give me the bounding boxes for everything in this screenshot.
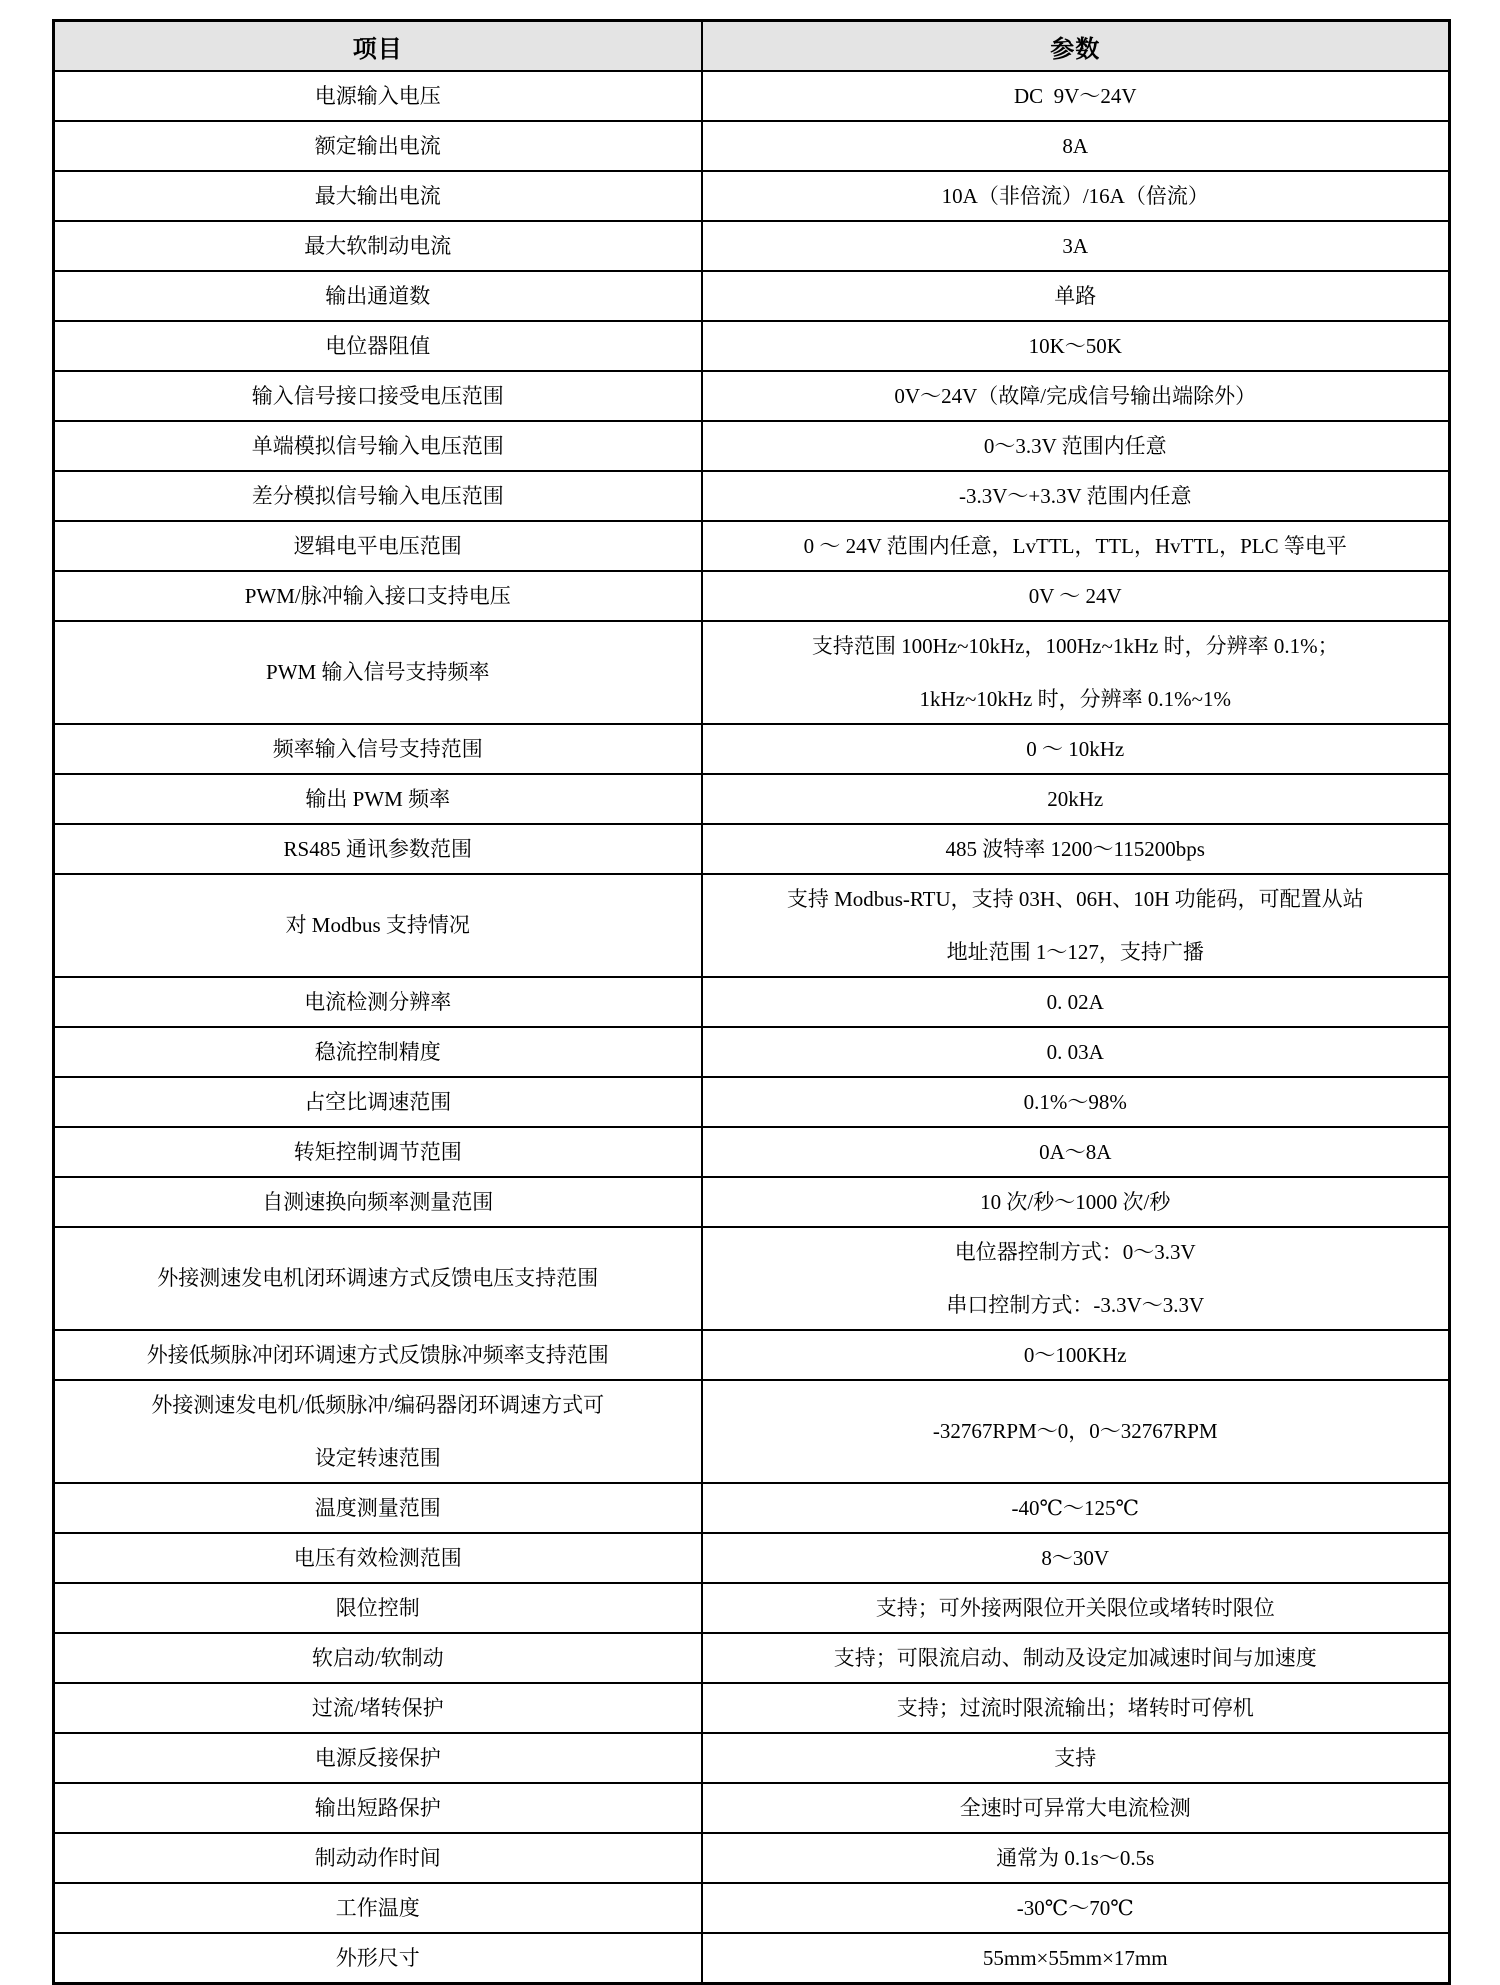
- param-text: -40℃～125℃: [711, 1495, 1441, 1521]
- table-row: 工作温度 -30℃～70℃: [54, 1883, 1450, 1933]
- table-row: 电流检测分辨率 0. 02A: [54, 977, 1450, 1027]
- item-text: 外接测速发电机闭环调速方式反馈电压支持范围: [63, 1265, 693, 1291]
- table-row: 差分模拟信号输入电压范围 -3.3V～+3.3V 范围内任意: [54, 471, 1450, 521]
- param-text: 支持 Modbus-RTU，支持 03H、06H、10H 功能码，可配置从站: [711, 886, 1441, 912]
- item-cell: 过流/堵转保护: [54, 1683, 702, 1733]
- table-row: PWM/脉冲输入接口支持电压 0V ～ 24V: [54, 571, 1450, 621]
- param-cell: 0～3.3V 范围内任意: [702, 421, 1450, 471]
- param-text: -3.3V～+3.3V 范围内任意: [711, 483, 1441, 509]
- item-text: 制动动作时间: [63, 1845, 693, 1871]
- param-text: 支持: [711, 1745, 1441, 1771]
- item-cell: 最大输出电流: [54, 171, 702, 221]
- item-cell: 软启动/软制动: [54, 1633, 702, 1683]
- table-row: 电压有效检测范围 8～30V: [54, 1533, 1450, 1583]
- table-row: 单端模拟信号输入电压范围 0～3.3V 范围内任意: [54, 421, 1450, 471]
- item-cell: 电源输入电压: [54, 71, 702, 121]
- item-cell: 外接测速发电机/低频脉冲/编码器闭环调速方式可设定转速范围: [54, 1380, 702, 1483]
- item-cell: 限位控制: [54, 1583, 702, 1633]
- item-text: 最大软制动电流: [63, 233, 693, 259]
- spec-table-body: 电源输入电压 DC 9V～24V 额定输出电流 8A 最大输出电流 10A（非倍…: [54, 71, 1450, 1984]
- table-row: 制动动作时间 通常为 0.1s～0.5s: [54, 1833, 1450, 1883]
- table-row: 外接测速发电机/低频脉冲/编码器闭环调速方式可设定转速范围 -32767RPM～…: [54, 1380, 1450, 1483]
- param-text: 支持；过流时限流输出；堵转时可停机: [711, 1695, 1441, 1721]
- param-text: DC 9V～24V: [711, 83, 1441, 109]
- item-cell: 额定输出电流: [54, 121, 702, 171]
- item-text: 输入信号接口接受电压范围: [63, 383, 693, 409]
- param-text: 1kHz~10kHz 时，分辨率 0.1%~1%: [711, 686, 1441, 712]
- table-row: PWM 输入信号支持频率 支持范围 100Hz~10kHz，100Hz~1kHz…: [54, 621, 1450, 724]
- item-cell: RS485 通讯参数范围: [54, 824, 702, 874]
- item-text: 电源反接保护: [63, 1745, 693, 1771]
- table-row: 电源反接保护 支持: [54, 1733, 1450, 1783]
- param-cell: 0V～24V（故障/完成信号输出端除外）: [702, 371, 1450, 421]
- document-page: 项目 参数 电源输入电压 DC 9V～24V 额定输出电流 8A 最大输出电流 …: [0, 0, 1500, 1942]
- param-cell: 55mm×55mm×17mm: [702, 1933, 1450, 1984]
- param-cell: 0. 02A: [702, 977, 1450, 1027]
- table-row: 软启动/软制动 支持；可限流启动、制动及设定加减速时间与加速度: [54, 1633, 1450, 1683]
- table-row: 额定输出电流 8A: [54, 121, 1450, 171]
- table-row: 对 Modbus 支持情况 支持 Modbus-RTU，支持 03H、06H、1…: [54, 874, 1450, 977]
- param-cell: 10 次/秒～1000 次/秒: [702, 1177, 1450, 1227]
- item-text: 逻辑电平电压范围: [63, 533, 693, 559]
- item-text: 外接低频脉冲闭环调速方式反馈脉冲频率支持范围: [63, 1342, 693, 1368]
- param-cell: DC 9V～24V: [702, 71, 1450, 121]
- param-text: 支持；可外接两限位开关限位或堵转时限位: [711, 1595, 1441, 1621]
- spec-table-header: 项目 参数: [54, 21, 1450, 72]
- param-cell: 0A～8A: [702, 1127, 1450, 1177]
- table-row: 占空比调速范围 0.1%～98%: [54, 1077, 1450, 1127]
- param-cell: 485 波特率 1200～115200bps: [702, 824, 1450, 874]
- param-text: 0V ～ 24V: [711, 583, 1441, 609]
- param-text: -30℃～70℃: [711, 1895, 1441, 1921]
- param-cell: 全速时可异常大电流检测: [702, 1783, 1450, 1833]
- param-text: 支持范围 100Hz~10kHz，100Hz~1kHz 时，分辨率 0.1%；: [711, 633, 1441, 659]
- param-cell: 10K～50K: [702, 321, 1450, 371]
- param-text: 10 次/秒～1000 次/秒: [711, 1189, 1441, 1215]
- item-text: 额定输出电流: [63, 133, 693, 159]
- param-cell: 支持 Modbus-RTU，支持 03H、06H、10H 功能码，可配置从站地址…: [702, 874, 1450, 977]
- item-cell: 稳流控制精度: [54, 1027, 702, 1077]
- param-cell: 10A（非倍流）/16A（倍流）: [702, 171, 1450, 221]
- item-text: 最大输出电流: [63, 183, 693, 209]
- table-row: 最大输出电流 10A（非倍流）/16A（倍流）: [54, 171, 1450, 221]
- item-text: 限位控制: [63, 1595, 693, 1621]
- table-row: 外形尺寸 55mm×55mm×17mm: [54, 1933, 1450, 1984]
- item-cell: 电位器阻值: [54, 321, 702, 371]
- param-cell: 支持: [702, 1733, 1450, 1783]
- item-cell: 占空比调速范围: [54, 1077, 702, 1127]
- param-cell: 支持；可外接两限位开关限位或堵转时限位: [702, 1583, 1450, 1633]
- param-text: 电位器控制方式：0～3.3V: [711, 1239, 1441, 1265]
- table-row: 外接测速发电机闭环调速方式反馈电压支持范围 电位器控制方式：0～3.3V串口控制…: [54, 1227, 1450, 1330]
- table-row: 外接低频脉冲闭环调速方式反馈脉冲频率支持范围 0～100KHz: [54, 1330, 1450, 1380]
- param-cell: 8～30V: [702, 1533, 1450, 1583]
- param-cell: -32767RPM～0，0～32767RPM: [702, 1380, 1450, 1483]
- item-cell: 电压有效检测范围: [54, 1533, 702, 1583]
- item-cell: 制动动作时间: [54, 1833, 702, 1883]
- item-text: PWM/脉冲输入接口支持电压: [63, 583, 693, 609]
- param-cell: -3.3V～+3.3V 范围内任意: [702, 471, 1450, 521]
- item-cell: 输出短路保护: [54, 1783, 702, 1833]
- item-text: PWM 输入信号支持频率: [63, 659, 693, 685]
- item-cell: 最大软制动电流: [54, 221, 702, 271]
- item-text: 输出短路保护: [63, 1795, 693, 1821]
- param-cell: 0 ～ 10kHz: [702, 724, 1450, 774]
- item-text: 外形尺寸: [63, 1945, 693, 1971]
- table-row: 自测速换向频率测量范围 10 次/秒～1000 次/秒: [54, 1177, 1450, 1227]
- param-text: 0～3.3V 范围内任意: [711, 433, 1441, 459]
- item-text: 输出 PWM 频率: [63, 786, 693, 812]
- item-cell: 电源反接保护: [54, 1733, 702, 1783]
- item-text: 自测速换向频率测量范围: [63, 1189, 693, 1215]
- table-row: 最大软制动电流 3A: [54, 221, 1450, 271]
- param-cell: 0V ～ 24V: [702, 571, 1450, 621]
- item-text: 外接测速发电机/低频脉冲/编码器闭环调速方式可: [63, 1392, 693, 1418]
- param-text: 0. 02A: [711, 989, 1441, 1015]
- param-text: 55mm×55mm×17mm: [711, 1945, 1441, 1971]
- item-text: 软启动/软制动: [63, 1645, 693, 1671]
- item-text: 占空比调速范围: [63, 1089, 693, 1115]
- spec-table: 项目 参数 电源输入电压 DC 9V～24V 额定输出电流 8A 最大输出电流 …: [52, 19, 1451, 1985]
- item-text: 过流/堵转保护: [63, 1695, 693, 1721]
- table-row: 逻辑电平电压范围 0 ～ 24V 范围内任意，LvTTL，TTL，HvTTL，P…: [54, 521, 1450, 571]
- param-cell: 0.1%～98%: [702, 1077, 1450, 1127]
- item-cell: 对 Modbus 支持情况: [54, 874, 702, 977]
- table-row: 过流/堵转保护 支持；过流时限流输出；堵转时可停机: [54, 1683, 1450, 1733]
- param-cell: 电位器控制方式：0～3.3V串口控制方式：-3.3V～3.3V: [702, 1227, 1450, 1330]
- param-cell: 0～100KHz: [702, 1330, 1450, 1380]
- table-row: 电位器阻值 10K～50K: [54, 321, 1450, 371]
- param-text: 通常为 0.1s～0.5s: [711, 1845, 1441, 1871]
- param-cell: 支持；可限流启动、制动及设定加减速时间与加速度: [702, 1633, 1450, 1683]
- param-cell: 单路: [702, 271, 1450, 321]
- item-cell: 输出 PWM 频率: [54, 774, 702, 824]
- param-text: 0. 03A: [711, 1039, 1441, 1065]
- item-text: 电流检测分辨率: [63, 989, 693, 1015]
- param-cell: 8A: [702, 121, 1450, 171]
- item-text: 设定转速范围: [63, 1445, 693, 1471]
- item-text: 稳流控制精度: [63, 1039, 693, 1065]
- item-cell: 工作温度: [54, 1883, 702, 1933]
- table-row: 稳流控制精度 0. 03A: [54, 1027, 1450, 1077]
- item-text: 转矩控制调节范围: [63, 1139, 693, 1165]
- param-text: -32767RPM～0，0～32767RPM: [711, 1418, 1441, 1444]
- item-text: 对 Modbus 支持情况: [63, 912, 693, 938]
- item-text: 频率输入信号支持范围: [63, 736, 693, 762]
- header-row: 项目 参数: [54, 21, 1450, 72]
- param-text: 0A～8A: [711, 1139, 1441, 1165]
- table-row: 限位控制 支持；可外接两限位开关限位或堵转时限位: [54, 1583, 1450, 1633]
- param-cell: 3A: [702, 221, 1450, 271]
- item-text: 差分模拟信号输入电压范围: [63, 483, 693, 509]
- item-cell: 电流检测分辨率: [54, 977, 702, 1027]
- header-param: 参数: [702, 21, 1450, 72]
- param-cell: -40℃～125℃: [702, 1483, 1450, 1533]
- param-text: 单路: [711, 283, 1441, 309]
- item-text: RS485 通讯参数范围: [63, 836, 693, 862]
- param-cell: 通常为 0.1s～0.5s: [702, 1833, 1450, 1883]
- param-text: 全速时可异常大电流检测: [711, 1795, 1441, 1821]
- param-text: 20kHz: [711, 786, 1441, 812]
- item-cell: 输入信号接口接受电压范围: [54, 371, 702, 421]
- param-cell: 支持范围 100Hz~10kHz，100Hz~1kHz 时，分辨率 0.1%；1…: [702, 621, 1450, 724]
- item-text: 温度测量范围: [63, 1495, 693, 1521]
- param-text: 485 波特率 1200～115200bps: [711, 836, 1441, 862]
- table-row: 输出通道数 单路: [54, 271, 1450, 321]
- item-text: 电源输入电压: [63, 83, 693, 109]
- table-row: RS485 通讯参数范围 485 波特率 1200～115200bps: [54, 824, 1450, 874]
- param-text: 0V～24V（故障/完成信号输出端除外）: [711, 383, 1441, 409]
- item-cell: 自测速换向频率测量范围: [54, 1177, 702, 1227]
- param-text: 支持；可限流启动、制动及设定加减速时间与加速度: [711, 1645, 1441, 1671]
- item-text: 电位器阻值: [63, 333, 693, 359]
- param-text: 8～30V: [711, 1545, 1441, 1571]
- item-cell: 外接低频脉冲闭环调速方式反馈脉冲频率支持范围: [54, 1330, 702, 1380]
- item-cell: PWM 输入信号支持频率: [54, 621, 702, 724]
- param-cell: 支持；过流时限流输出；堵转时可停机: [702, 1683, 1450, 1733]
- param-text: 0.1%～98%: [711, 1089, 1441, 1115]
- param-cell: 0. 03A: [702, 1027, 1450, 1077]
- item-cell: 外接测速发电机闭环调速方式反馈电压支持范围: [54, 1227, 702, 1330]
- item-cell: 输出通道数: [54, 271, 702, 321]
- table-row: 电源输入电压 DC 9V～24V: [54, 71, 1450, 121]
- item-cell: 逻辑电平电压范围: [54, 521, 702, 571]
- param-cell: -30℃～70℃: [702, 1883, 1450, 1933]
- table-row: 输出短路保护 全速时可异常大电流检测: [54, 1783, 1450, 1833]
- param-text: 10K～50K: [711, 333, 1441, 359]
- item-text: 单端模拟信号输入电压范围: [63, 433, 693, 459]
- param-text: 地址范围 1～127，支持广播: [711, 939, 1441, 965]
- param-text: 8A: [711, 133, 1441, 159]
- item-text: 工作温度: [63, 1895, 693, 1921]
- table-row: 输入信号接口接受电压范围 0V～24V（故障/完成信号输出端除外）: [54, 371, 1450, 421]
- param-text: 0 ～ 24V 范围内任意，LvTTL，TTL，HvTTL，PLC 等电平: [711, 533, 1441, 559]
- param-cell: 20kHz: [702, 774, 1450, 824]
- table-row: 温度测量范围 -40℃～125℃: [54, 1483, 1450, 1533]
- item-cell: PWM/脉冲输入接口支持电压: [54, 571, 702, 621]
- item-cell: 差分模拟信号输入电压范围: [54, 471, 702, 521]
- param-cell: 0 ～ 24V 范围内任意，LvTTL，TTL，HvTTL，PLC 等电平: [702, 521, 1450, 571]
- table-row: 输出 PWM 频率 20kHz: [54, 774, 1450, 824]
- item-cell: 单端模拟信号输入电压范围: [54, 421, 702, 471]
- table-row: 转矩控制调节范围 0A～8A: [54, 1127, 1450, 1177]
- param-text: 0～100KHz: [711, 1342, 1441, 1368]
- item-text: 电压有效检测范围: [63, 1545, 693, 1571]
- table-row: 频率输入信号支持范围 0 ～ 10kHz: [54, 724, 1450, 774]
- item-text: 输出通道数: [63, 283, 693, 309]
- header-item: 项目: [54, 21, 702, 72]
- param-text: 0 ～ 10kHz: [711, 736, 1441, 762]
- item-cell: 温度测量范围: [54, 1483, 702, 1533]
- param-text: 10A（非倍流）/16A（倍流）: [711, 183, 1441, 209]
- param-text: 串口控制方式：-3.3V～3.3V: [711, 1292, 1441, 1318]
- item-cell: 转矩控制调节范围: [54, 1127, 702, 1177]
- param-text: 3A: [711, 233, 1441, 259]
- item-cell: 外形尺寸: [54, 1933, 702, 1984]
- item-cell: 频率输入信号支持范围: [54, 724, 702, 774]
